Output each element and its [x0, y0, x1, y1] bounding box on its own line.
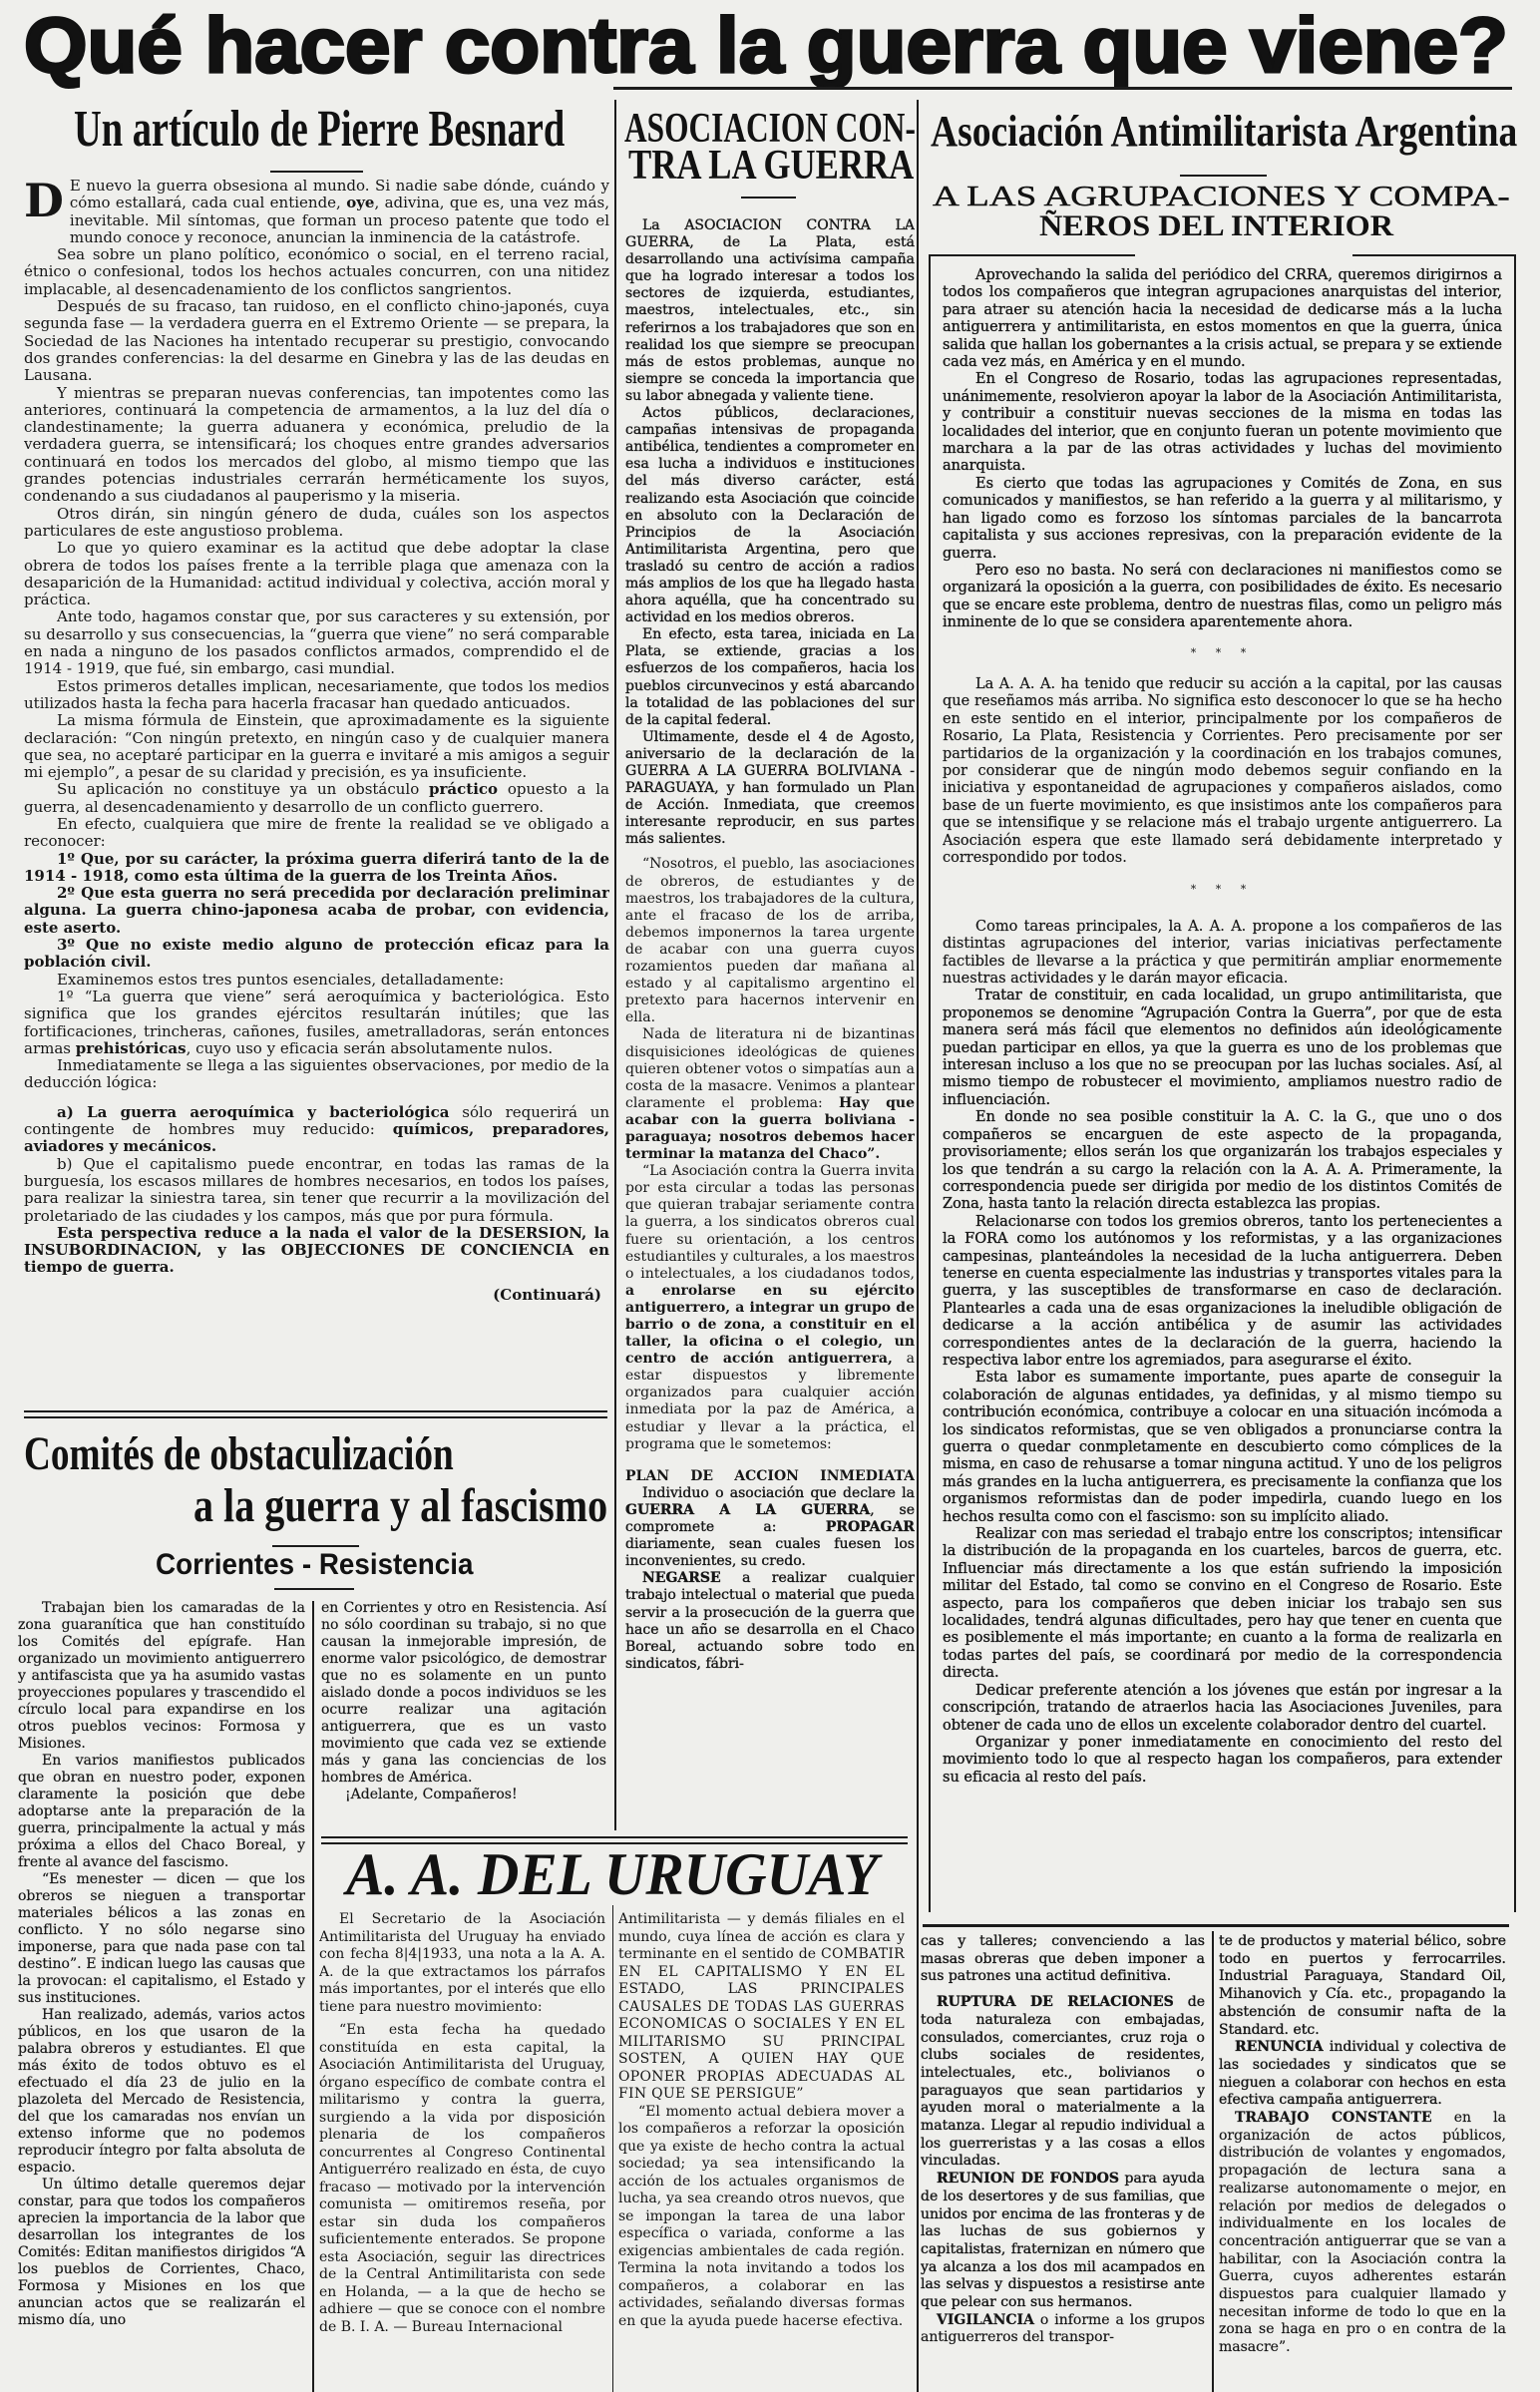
closing-line: ¡Adelante, Compañeros! — [321, 1787, 606, 1803]
paragraph: Ante todo, hagamos constar que, por sus … — [24, 608, 609, 677]
emphasis-text: práctico — [429, 780, 498, 798]
emphasis-text: NEGARSE — [642, 1570, 721, 1586]
contra-guerra-title-line2-text: TRA LA GUERRA — [628, 145, 914, 187]
emphasis-text: a) La guerra aeroquímica y bacteriológic… — [57, 1103, 449, 1121]
besnard-article-body: DE nuevo la guerra obsesiona al mundo. S… — [24, 178, 609, 1402]
contra-guerra-continuation-col2: te de productos y material bélico, sobre… — [1219, 1933, 1506, 2392]
emphasis-text: prehistóricas — [76, 1039, 187, 1057]
col2-right-border — [917, 100, 919, 2392]
paragraph: El Secretario de la Asociación Antimilit… — [319, 1911, 605, 2016]
paragraph: Aprovechando la salida del periódico del… — [943, 267, 1502, 371]
paragraph: Nada de literatura ni de bizantinas disq… — [625, 1026, 915, 1163]
comites-body-col1: Trabajan bien los camaradas de la zona g… — [18, 1600, 305, 2392]
uruguay-title: A. A. DEL URUGUAY — [346, 1844, 878, 1904]
paragraph: Examinemos estos tres puntos esenciales,… — [24, 972, 609, 989]
emphasis-text: GUERRA A LA GUERRA — [625, 1502, 870, 1518]
comites-title-line1-text: Comités de obstaculización — [24, 1430, 454, 1478]
paragraph: Actos públicos, declaraciones, campañas … — [625, 405, 915, 626]
paragraph: Dedicar preferente atención a los jóvene… — [943, 1683, 1502, 1735]
emphasis-text: a enrolarse en su ejército antiguerrero,… — [625, 1283, 915, 1367]
continued-label: (Continuará) — [24, 1287, 609, 1304]
uruguay-body-col2: Antimilitarista — y demás filiales en el… — [618, 1911, 905, 2392]
comites-title-line2: a la guerra y al fascismo — [193, 1482, 607, 1530]
paragraph: Antimilitarista — y demás filiales en el… — [618, 1911, 905, 2104]
paragraph: Un último detalle queremos dejar constar… — [18, 2177, 305, 2329]
paragraph: “Es menester — dicen — que los obreros s… — [18, 1871, 305, 2007]
paragraph: Organizar y poner inmediatamente en cono… — [943, 1735, 1502, 1787]
paragraph: Relacionarse con todos los gremios obrer… — [943, 1214, 1502, 1371]
headline-rule — [613, 87, 1512, 90]
paragraph: “En esta fecha ha quedado constituída en… — [319, 2022, 605, 2336]
emphasis-text: VIGILANCIA — [937, 2312, 1034, 2328]
paragraph-text: Su aplicación no constituye ya un obstác… — [57, 780, 429, 798]
plan-item: TRABAJO CONSTANTE en la organización de … — [1219, 2110, 1506, 2357]
comites-rule-2 — [274, 1588, 354, 1590]
paragraph: en Corrientes y otro en Resistencia. Así… — [321, 1600, 606, 1787]
emphasis-text: TRABAJO CONSTANTE — [1235, 2110, 1432, 2126]
comites-body-col2: en Corrientes y otro en Resistencia. Así… — [321, 1600, 606, 1831]
paragraph: Lo que yo quiero examinar es la actitud … — [24, 540, 609, 608]
box-top-rule-left — [929, 254, 1135, 256]
paragraph: Como tareas principales, la A. A. A. pro… — [943, 919, 1502, 989]
emphasis-text: PROPAGAR — [826, 1519, 915, 1535]
paragraph: La misma fórmula de Einstein, que aproxi… — [24, 712, 609, 781]
paragraph-text: en la organización de actos públicos, di… — [1219, 2110, 1506, 2355]
plan-title: PLAN DE ACCION INMEDIATA — [625, 1468, 915, 1485]
paragraph: Es cierto que todas las agrupaciones y C… — [943, 476, 1502, 563]
emphasis-text: RUPTURA DE RELACIONES — [937, 1994, 1174, 2010]
paragraph: En efecto, cualquiera que mire de frente… — [24, 816, 609, 851]
paragraph: En efecto, esta tarea, iniciada en La Pl… — [625, 626, 915, 729]
paragraph: En varios manifiestos publicados que obr… — [18, 1753, 305, 1871]
paragraph-text: de toda naturaleza con embajadas, consul… — [921, 1994, 1205, 2169]
paragraph: Ultimamente, desde el 4 de Agosto, anive… — [625, 729, 915, 849]
paragraph-text: para ayuda de los desertores y de sus fa… — [921, 2171, 1205, 2310]
lettered-point: b) Que el capitalismo puede encontrar, e… — [24, 1156, 609, 1225]
antimilitarista-subtitle-line1-text: A LAS AGRUPACIONES Y COMPA- — [933, 183, 1510, 211]
paragraph: Otros dirán, sin ningún género de duda, … — [24, 506, 609, 541]
paragraph-text: diariamente, sean cuales fuesen los inco… — [625, 1536, 915, 1569]
antimilitarista-title-rule — [1180, 175, 1267, 177]
continuation-column-divider — [1212, 1931, 1214, 2392]
uruguay-double-rule-top — [321, 1836, 908, 1838]
paragraph: La ASOCIACION CONTRA LA GUERRA, de La Pl… — [625, 217, 915, 405]
plan-item: RENUNCIA individual y colectiva de las s… — [1219, 2039, 1506, 2110]
paragraph: 1º “La guerra que viene” será aeroquímic… — [24, 989, 609, 1057]
paragraph: Han realizado, además, varios actos públ… — [18, 2007, 305, 2177]
paragraph: La A. A. A. ha tenido que reducir su acc… — [943, 676, 1502, 867]
emphasis-text: oye — [346, 194, 374, 211]
uruguay-body-col1: El Secretario de la Asociación Antimilit… — [319, 1911, 605, 2392]
antimilitarista-subtitle-line2-text: ÑEROS DEL INTERIOR — [1039, 211, 1393, 241]
comites-subtitle: Corrientes - Resistencia — [156, 1550, 473, 1580]
section-separator: * * * — [943, 881, 1502, 898]
paragraph: cas y talleres; convenciendo a las masas… — [921, 1933, 1205, 1986]
numbered-point: 3º Que no existe medio alguno de protecc… — [24, 937, 609, 972]
contra-guerra-continuation-col1: cas y talleres; convenciendo a las masas… — [921, 1933, 1205, 2392]
comites-rule-1 — [272, 1545, 359, 1547]
antimilitarista-body: Aprovechando la salida del periódico del… — [943, 267, 1502, 1907]
page-headline: Qué hacer contra la guerra que viene? — [24, 6, 1508, 84]
besnard-title-rule — [270, 171, 363, 173]
paragraph: Inmediatamente se llega a las siguientes… — [24, 1057, 609, 1092]
page-headline-text: Qué hacer contra la guerra que viene? — [24, 6, 1508, 84]
antimilitarista-title: Asociación Antimilitarista Argentina — [931, 110, 1517, 154]
paragraph: Esta labor es sumamente importante, pues… — [943, 1370, 1502, 1526]
plan-item: REUNION DE FONDOS para ayuda de los dese… — [921, 2171, 1205, 2312]
contra-guerra-body: La ASOCIACION CONTRA LA GUERRA, de La Pl… — [625, 217, 915, 1829]
numbered-point: 2º Que esta guerra no será precedida por… — [24, 885, 609, 937]
paragraph-text: “La Asociación contra la Guerra invita p… — [625, 1163, 915, 1282]
paragraph: En el Congreso de Rosario, todas las agr… — [943, 371, 1502, 475]
besnard-title: Un artículo de Pierre Besnard — [74, 104, 565, 156]
comites-title-line1: Comités de obstaculización — [24, 1430, 454, 1478]
paragraph: Su aplicación no constituye ya un obstác… — [24, 781, 609, 816]
paragraph: “Nosotros, el pueblo, las asociaciones d… — [625, 856, 915, 1026]
paragraph: Tratar de constituir, en cada localidad,… — [943, 988, 1502, 1109]
paragraph: Pero eso no basta. No será con declaraci… — [943, 563, 1502, 632]
paragraph: Trabajan bien los camaradas de la zona g… — [18, 1600, 305, 1753]
comites-title-line2-text: a la guerra y al fascismo — [193, 1482, 607, 1530]
plan-item: RUPTURA DE RELACIONES de toda naturaleza… — [921, 1994, 1205, 2171]
conclusion-paragraph: Esta perspectiva reduce a la nada el val… — [24, 1225, 609, 1277]
col2-left-border — [614, 100, 616, 1830]
uruguay-column-divider — [612, 1905, 613, 2392]
capitalized-quote: COMBATIR EN EL CAPITALISMO Y EN EL ESTAD… — [618, 1946, 905, 2102]
comites-column-divider — [312, 1601, 314, 2392]
plan-item: NEGARSE a realizar cualquier trabajo int… — [625, 1570, 915, 1673]
box-top-rule-right — [1352, 254, 1516, 256]
paragraph: Estos primeros detalles implican, necesa… — [24, 678, 609, 713]
paragraph: Sea sobre un plano político, económico o… — [24, 246, 609, 298]
paragraph: Después de su fracaso, tan ruidoso, en e… — [24, 298, 609, 384]
antimilitarista-subtitle-line2: ÑEROS DEL INTERIOR — [1039, 211, 1393, 241]
emphasis-text: RENUNCIA — [1235, 2039, 1324, 2055]
plan-item: Individuo o asociación que declare la GU… — [625, 1485, 915, 1570]
contra-guerra-title-rule — [741, 197, 796, 199]
comites-subtitle-text: Corrientes - Resistencia — [156, 1550, 473, 1580]
numbered-point: 1º Que, por su carácter, la próxima guer… — [24, 851, 609, 886]
antimilitarista-subtitle-line1: A LAS AGRUPACIONES Y COMPA- — [933, 183, 1510, 211]
paragraph: DE nuevo la guerra obsesiona al mundo. S… — [24, 178, 609, 246]
besnard-title-text: Un artículo de Pierre Besnard — [74, 104, 565, 156]
paragraph: Y mientras se preparan nuevas conferenci… — [24, 385, 609, 506]
lettered-point: a) La guerra aeroquímica y bacteriológic… — [24, 1104, 609, 1156]
continuation-top-rule — [923, 1924, 1509, 1927]
section-separator: * * * — [943, 644, 1502, 661]
emphasis-text: REUNION DE FONDOS — [937, 2171, 1119, 2187]
paragraph-text: Individuo o asociación que declare la — [642, 1485, 915, 1501]
uruguay-title-text: A. A. DEL URUGUAY — [346, 1844, 878, 1904]
paragraph: “La Asociación contra la Guerra invita p… — [625, 1163, 915, 1453]
drop-cap: D — [24, 181, 64, 230]
paragraph: te de productos y material bélico, sobre… — [1219, 1933, 1506, 2039]
plan-item: VIGILANCIA o informe a los grupos antigu… — [921, 2312, 1205, 2347]
antimilitarista-title-text: Asociación Antimilitarista Argentina — [931, 110, 1517, 154]
paragraph-text: , cuyo uso y eficacia serán absolutament… — [187, 1039, 554, 1057]
comites-double-rule-top — [24, 1410, 607, 1412]
paragraph: “El momento actual debiera mover a los c… — [618, 2104, 905, 2331]
comites-double-rule-bottom — [24, 1416, 607, 1418]
paragraph: En donde no sea posible constituir la A.… — [943, 1109, 1502, 1213]
contra-guerra-title-line2: TRA LA GUERRA — [628, 145, 914, 187]
paragraph: Realizar con mas seriedad el trabajo ent… — [943, 1526, 1502, 1683]
